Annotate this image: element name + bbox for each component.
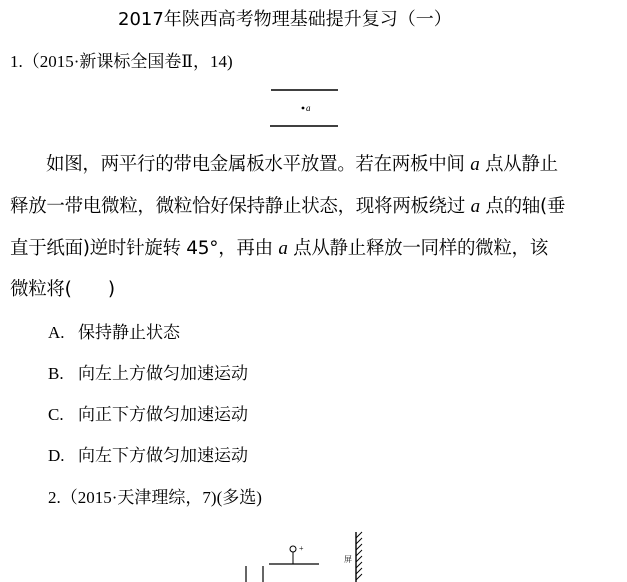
point-a-label: a: [306, 103, 311, 113]
screen-hatching: [356, 532, 362, 580]
question-stem-line-4: 微粒将( ): [10, 275, 115, 301]
parallel-plates-figure: a: [268, 86, 342, 132]
point-a-dot: [302, 107, 305, 110]
question-stem-line-2: 释放一带电微粒，微粒恰好保持静止状态，现将两板绕过 a 点的轴(垂: [10, 192, 565, 218]
terminal-icon: [290, 546, 296, 552]
charge-label: +: [299, 544, 304, 553]
question-stem-line-3: 直于纸面)逆时针旋转 45°，再由 a 点从静止释放一同样的微粒，该: [10, 234, 548, 260]
question-1-header: 1.（2015·新课标全国卷Ⅱ，14): [10, 47, 233, 72]
deflection-apparatus-figure: + 屏: [235, 528, 375, 582]
screen-label: 屏: [344, 555, 352, 564]
question-2-header: 2.（2015·天津理综，7)(多选): [48, 483, 262, 508]
option-c: C.向正下方做匀加速运动: [48, 400, 248, 425]
option-d: D.向左下方做匀加速运动: [48, 441, 248, 466]
question-stem-line-1: 如图，两平行的带电金属板水平放置。若在两板中间 a 点从静止: [46, 150, 558, 176]
document-title: 2017年陕西高考物理基础提升复习（一）: [118, 5, 452, 31]
option-b: B.向左上方做匀加速运动: [48, 359, 248, 384]
option-a: A.保持静止状态: [48, 318, 180, 343]
